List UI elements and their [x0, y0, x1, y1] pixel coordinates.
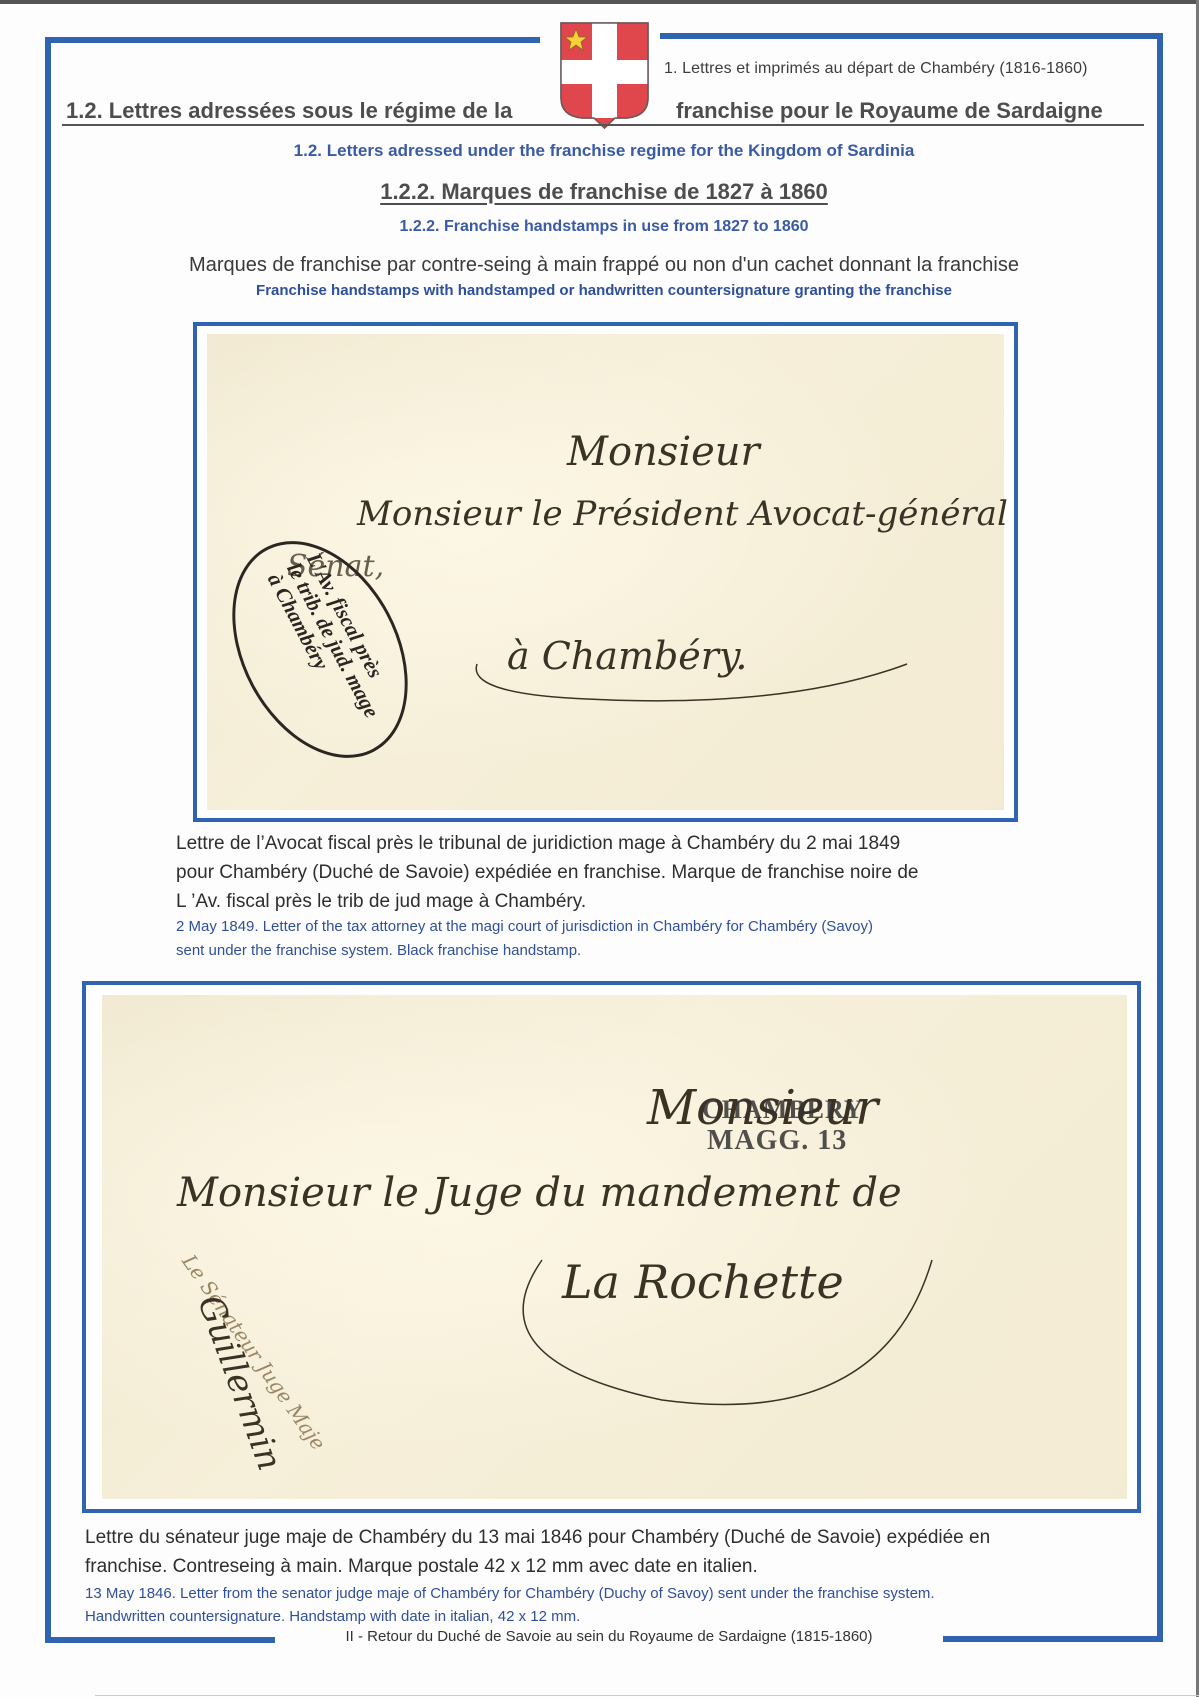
section-subtitle-english: Franchise handstamps with handstamped or…: [51, 282, 1157, 299]
frame-border-top-left: [45, 37, 540, 43]
savoy-shield-icon: [557, 20, 652, 132]
caption-english-1: 2 May 1849. Letter of the tax attorney a…: [176, 915, 873, 963]
caption-english-2: 13 May 1846. Letter from the senator jud…: [85, 1582, 935, 1628]
frame-border-left: [45, 37, 51, 1642]
letter-paper: Monsieur CHAMBERY MAGG. 13 Monsieur le J…: [102, 995, 1127, 1499]
postmark-date: MAGG. 13: [707, 1125, 847, 1157]
frame-border-bottom-right: [943, 1636, 1163, 1642]
title-underline: [62, 124, 1144, 126]
section-title: 1.2.2. Marques de franchise de 1827 à 18…: [51, 179, 1157, 205]
frame-border-top-right: [660, 33, 1163, 39]
address-line: Monsieur le Président Avocat-général: [357, 494, 1008, 534]
page-footer: II - Retour du Duché de Savoie au sein d…: [275, 1628, 943, 1645]
section-subtitle: Marques de franchise par contre-seing à …: [51, 254, 1157, 277]
page-title-english: 1.2. Letters adressed under the franchis…: [51, 141, 1157, 161]
scan-edge-bottom: [95, 1695, 1199, 1696]
letter-image-1: Monsieur Monsieur le Président Avocat-gé…: [193, 322, 1018, 822]
letter-paper: Monsieur Monsieur le Président Avocat-gé…: [207, 334, 1004, 810]
underline-flourish: [482, 1240, 942, 1420]
underline-flourish: [467, 644, 917, 714]
page-title-right: franchise pour le Royaume de Sardaigne: [676, 98, 1103, 124]
caption-french-2: Lettre du sénateur juge maje de Chambéry…: [85, 1523, 990, 1581]
section-title-english: 1.2.2. Franchise handstamps in use from …: [51, 218, 1157, 236]
page-title-left: 1.2. Lettres adressées sous le régime de…: [66, 98, 512, 124]
postmark-line: CHAMBERY: [702, 1095, 864, 1125]
frame-border-bottom-left: [45, 1637, 275, 1643]
address-line: Monsieur le Juge du mandement de: [177, 1170, 902, 1216]
letter-image-2: Monsieur CHAMBERY MAGG. 13 Monsieur le J…: [82, 981, 1141, 1513]
frame-border-right: [1157, 33, 1163, 1641]
address-line: Monsieur: [567, 429, 760, 475]
series-title: 1. Lettres et imprimés au départ de Cham…: [664, 60, 1088, 78]
caption-french-1: Lettre de l’Avocat fiscal près le tribun…: [176, 829, 918, 916]
scan-edge-top: [0, 0, 1199, 4]
